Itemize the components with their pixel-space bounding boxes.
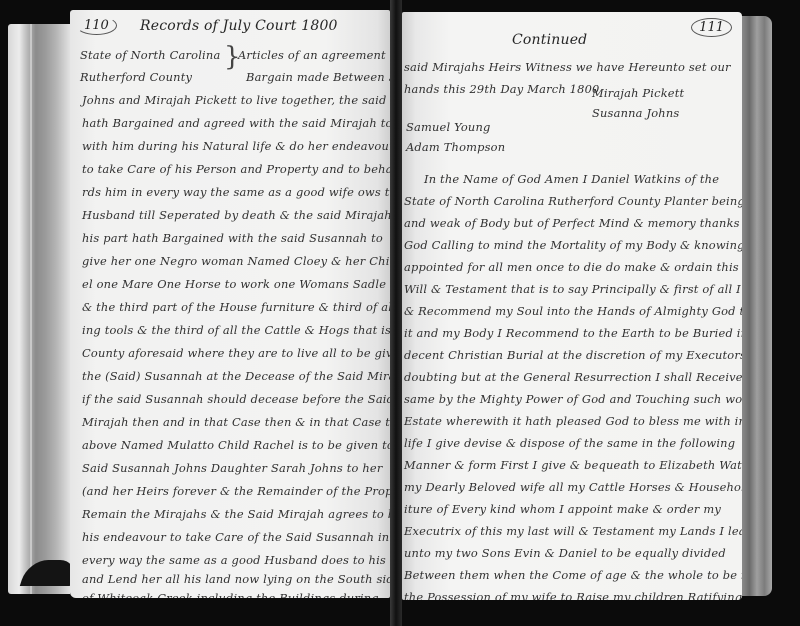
signature-susanna: Susanna Johns: [592, 106, 679, 120]
text-line: to take Care of his Person and Property …: [82, 162, 390, 176]
document-viewer: 110 Records of July Court 1800 State of …: [0, 0, 800, 626]
text-line: Mirajah then and in that Case then & in …: [82, 415, 390, 429]
left-page: 110 Records of July Court 1800 State of …: [70, 10, 390, 598]
text-line: said Mirajahs Heirs Witness we have Here…: [404, 60, 731, 74]
text-line: In the Name of God Amen I Daniel Watkins…: [424, 172, 719, 186]
text-line: Manner & form First I give & bequeath to…: [404, 458, 742, 472]
page-number-left: 110: [76, 16, 117, 35]
text-line: Will & Testament that is to say Principa…: [404, 282, 742, 296]
text-line: the (Said) Susannah at the Decease of th…: [82, 369, 390, 383]
text-line: with him during his Natural life & do he…: [82, 139, 390, 153]
text-line: rds him in every way the same as a good …: [82, 185, 390, 199]
caption-articles: Articles of an agreement and: [238, 48, 390, 62]
text-line: it and my Body I Recommend to the Earth …: [404, 326, 742, 340]
text-line: appointed for all men once to die do mak…: [404, 260, 742, 274]
page-heading-left: Records of July Court 1800: [140, 18, 338, 34]
text-line: & Recommend my Soul into the Hands of Al…: [404, 304, 742, 318]
text-line: Said Susannah Johns Daughter Sarah Johns…: [82, 461, 383, 475]
text-line: el one Mare One Horse to work one Womans…: [82, 277, 386, 291]
text-line: life I give devise & dispose of the same…: [404, 436, 735, 450]
text-line: give her one Negro woman Named Cloey & h…: [82, 254, 390, 268]
text-line: hath Bargained and agreed with the said …: [82, 116, 390, 130]
text-line: unto my two Sons Evin & Daniel to be equ…: [404, 546, 726, 560]
text-line: his endeavour to take Care of the Said S…: [82, 530, 389, 544]
caption-bargain: Bargain made Between Susan-: [246, 70, 390, 84]
signature-mirajah: Mirajah Pickett: [592, 86, 684, 100]
text-line: every way the same as a good Husband doe…: [82, 553, 390, 567]
text-line: Between them when the Come of age & the …: [404, 568, 742, 582]
text-line: (and her Heirs forever & the Remainder o…: [82, 484, 390, 498]
left-page-stack-edge: [8, 24, 70, 594]
witness-samuel-young: Samuel Young: [406, 120, 491, 134]
text-line: God Calling to mind the Mortality of my …: [404, 238, 742, 252]
text-line: ing tools & the third of all the Cattle …: [82, 323, 390, 337]
text-line: County aforesaid where they are to live …: [82, 346, 390, 360]
text-line: Estate wherewith it hath pleased God to …: [404, 414, 742, 428]
caption-county: Rutherford County: [80, 70, 192, 84]
text-line: my Dearly Beloved wife all my Cattle Hor…: [404, 480, 742, 494]
page-number-right: 111: [691, 18, 732, 37]
text-line: hands this 29th Day March 1800: [404, 82, 599, 96]
text-line: Remain the Mirajahs & the Said Mirajah a…: [82, 507, 390, 521]
text-line: and Lend her all his land now lying on t…: [82, 572, 390, 586]
book-gutter: [390, 0, 402, 626]
text-line: decent Christian Burial at the discretio…: [404, 348, 742, 362]
text-line: his part hath Bargained with the said Su…: [82, 231, 383, 245]
text-line: & the third part of the House furniture …: [82, 300, 390, 314]
witness-adam-thompson: Adam Thompson: [406, 140, 505, 154]
text-line: same by the Mighty Power of God and Touc…: [404, 392, 742, 406]
right-page-stack-edge: [742, 16, 772, 596]
caption-state: State of North Carolina: [80, 48, 220, 62]
right-page: 111 Continued said Mirajahs Heirs Witnes…: [402, 12, 742, 600]
text-line: iture of Every kind whom I appoint make …: [404, 502, 721, 516]
text-line: of Whiteoak Creek including the Building…: [82, 591, 379, 598]
text-line: and weak of Body but of Perfect Mind & m…: [404, 216, 742, 230]
text-line: Johns and Mirajah Pickett to live togeth…: [82, 93, 390, 107]
page-heading-right: Continued: [512, 32, 587, 48]
text-line: Executrix of this my last will & Testame…: [404, 524, 742, 538]
text-line: the Possession of my wife to Raise my ch…: [404, 590, 742, 600]
text-line: State of North Carolina Rutherford Count…: [404, 194, 742, 208]
text-line: above Named Mulatto Child Rachel is to b…: [82, 438, 390, 452]
text-line: doubting but at the General Resurrection…: [404, 370, 742, 384]
text-line: if the said Susannah should decease befo…: [82, 392, 390, 406]
text-line: Husband till Seperated by death & the sa…: [82, 208, 390, 222]
